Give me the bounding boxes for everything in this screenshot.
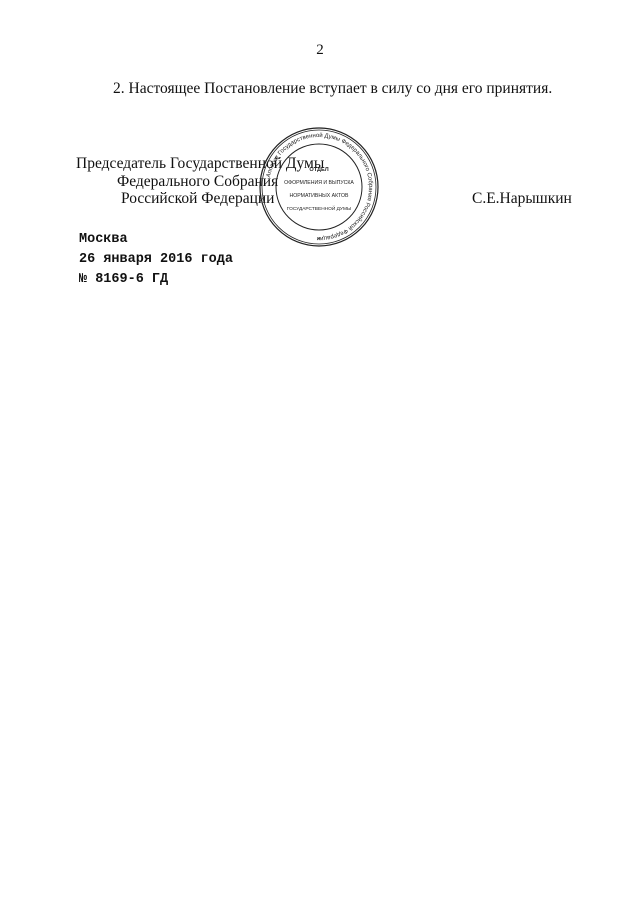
official-stamp: Аппарат Государственной Думы Федеральног… <box>258 126 380 248</box>
document-date: 26 января 2016 года <box>79 252 233 267</box>
stamp-ring-text: Аппарат Государственной Думы Федеральног… <box>266 132 373 241</box>
stamp-center-line-2: ОФОРМЛЕНИЯ И ВЫПУСКА <box>284 180 354 186</box>
clause-text: 2. Настоящее Постановление вступает в си… <box>113 80 552 98</box>
stamp-center-line-1: ОТДЕЛ <box>309 167 328 173</box>
stamp-star: * <box>318 237 321 244</box>
document-number: № 8169-6 ГД <box>79 272 168 287</box>
stamp-center-line-3: НОРМАТИВНЫХ АКТОВ <box>289 193 349 199</box>
signatory-title-line-3: Российской Федерации <box>121 190 274 208</box>
stamp-seal-icon: Аппарат Государственной Думы Федеральног… <box>258 126 380 248</box>
city: Москва <box>79 232 128 247</box>
page-number: 2 <box>0 42 640 59</box>
signatory-title-line-2: Федерального Собрания <box>117 173 278 191</box>
signer-name: С.Е.Нарышкин <box>472 190 572 208</box>
stamp-center-line-4: ГОСУДАРСТВЕННОЙ ДУМЫ <box>287 204 351 212</box>
